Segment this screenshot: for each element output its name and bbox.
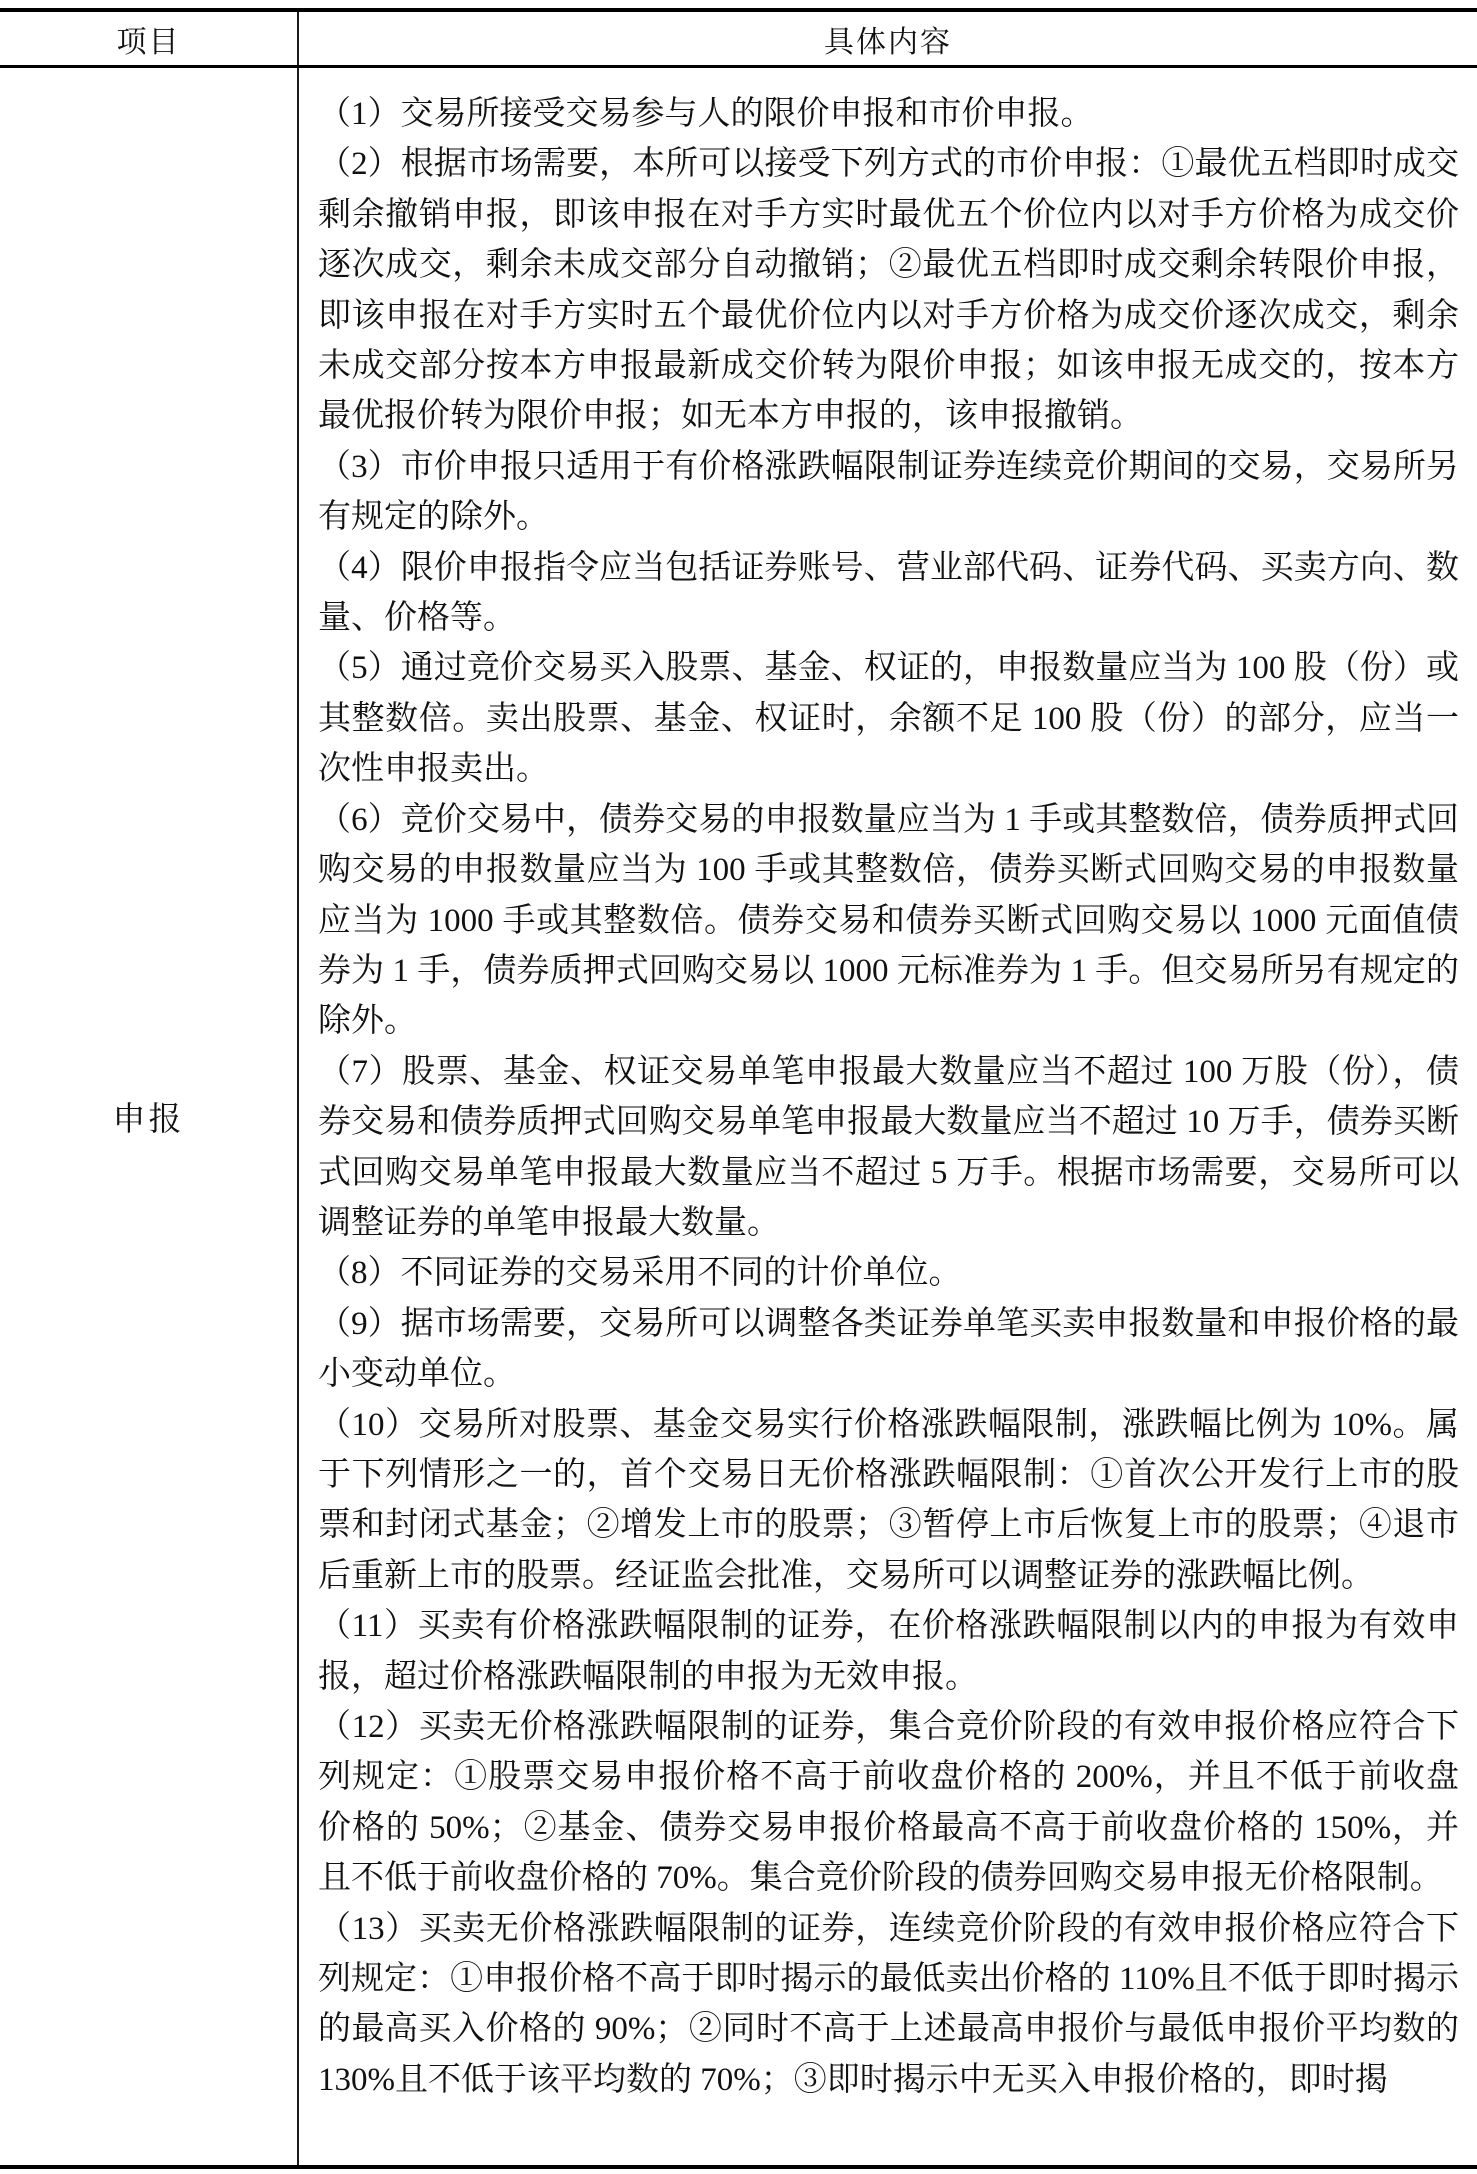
content-paragraph: （8）不同证券的交易采用不同的计价单位。 bbox=[318, 1248, 1459, 1298]
content-paragraph: （3）市价申报只适用于有价格涨跌幅限制证券连续竞价期间的交易，交易所另有规定的除… bbox=[318, 442, 1459, 543]
content-paragraph: （4）限价申报指令应当包括证券账号、营业部代码、证券代码、买卖方向、数量、价格等… bbox=[318, 543, 1459, 644]
content-paragraph: （6）竞价交易中，债券交易的申报数量应当为 1 手或其整数倍，债券质押式回购交易… bbox=[318, 795, 1459, 1047]
document-page: 项目 具体内容 申报 （1）交易所接受交易参与人的限价申报和市价申报。（2）根据… bbox=[0, 0, 1477, 2174]
content-paragraph: （9）据市场需要，交易所可以调整各类证券单笔买卖申报数量和申报价格的最小变动单位… bbox=[318, 1299, 1459, 1400]
content-paragraph: （1）交易所接受交易参与人的限价申报和市价申报。 bbox=[318, 89, 1459, 139]
content-paragraph: （7）股票、基金、权证交易单笔申报最大数量应当不超过 100 万股（份），债券交… bbox=[318, 1047, 1459, 1249]
content-paragraph: （2）根据市场需要，本所可以接受下列方式的市价申报：①最优五档即时成交剩余撤销申… bbox=[318, 139, 1459, 441]
row-item-label: 申报 bbox=[0, 68, 299, 2165]
content-paragraph: （13）买卖无价格涨跌幅限制的证券，连续竞价阶段的有效申报价格应符合下列规定：①… bbox=[318, 1904, 1459, 2106]
content-paragraph: （11）买卖有价格涨跌幅限制的证券，在价格涨跌幅限制以内的申报为有效申报，超过价… bbox=[318, 1601, 1459, 1702]
header-cell-content: 具体内容 bbox=[299, 12, 1477, 65]
content-paragraph: （5）通过竞价交易买入股票、基金、权证的，申报数量应当为 100 股（份）或其整… bbox=[318, 643, 1459, 794]
rules-table: 项目 具体内容 申报 （1）交易所接受交易参与人的限价申报和市价申报。（2）根据… bbox=[0, 8, 1477, 2169]
content-paragraph: （10）交易所对股票、基金交易实行价格涨跌幅限制，涨跌幅比例为 10%。属于下列… bbox=[318, 1400, 1459, 1602]
table-body-row: 申报 （1）交易所接受交易参与人的限价申报和市价申报。（2）根据市场需要，本所可… bbox=[0, 68, 1477, 2165]
table-header-row: 项目 具体内容 bbox=[0, 12, 1477, 68]
header-cell-item: 项目 bbox=[0, 12, 299, 65]
row-content-cell: （1）交易所接受交易参与人的限价申报和市价申报。（2）根据市场需要，本所可以接受… bbox=[299, 68, 1477, 2165]
content-paragraph: （12）买卖无价格涨跌幅限制的证券，集合竞价阶段的有效申报价格应符合下列规定：①… bbox=[318, 1702, 1459, 1904]
